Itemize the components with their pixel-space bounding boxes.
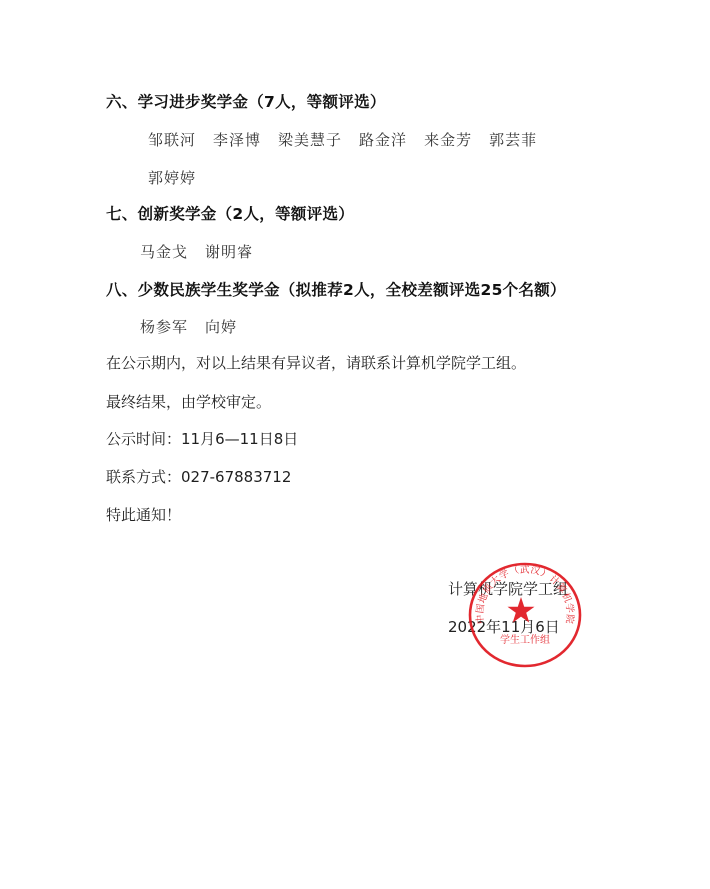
student-name: 郭芸菲 xyxy=(489,133,537,148)
student-name: 来金芳 xyxy=(424,133,472,148)
official-seal-stamp: 中国地质大学（武汉）计算机学院 学生工作组 xyxy=(468,560,582,670)
publicity-period: 公示时间：11月6—11日8日 xyxy=(106,432,298,447)
section-6-heading: 六、学习进步奖学金（7人，等额评选） xyxy=(106,95,386,111)
student-name: 向婷 xyxy=(205,320,237,335)
student-name: 马金戈 xyxy=(140,245,188,260)
student-name: 杨参军 xyxy=(140,320,188,335)
student-name: 梁美慧子 xyxy=(278,133,342,148)
signature-org: 计算机学院学工组 xyxy=(448,582,568,597)
section-7-heading: 七、创新奖学金（2人，等额评选） xyxy=(106,207,354,223)
signature-date: 2022年11月6日 xyxy=(448,620,560,635)
student-name: 邹联河 xyxy=(148,133,196,148)
section-8-names-row-1: 杨参军向婷 xyxy=(140,320,254,335)
final-decision-notice: 最终结果，由学校审定。 xyxy=(106,395,271,410)
section-6-names-row-2: 郭婷婷 xyxy=(148,171,213,186)
student-name: 郭婷婷 xyxy=(148,171,196,186)
student-name: 谢明睿 xyxy=(205,245,253,260)
contact-info: 联系方式：027-67883712 xyxy=(106,470,291,485)
objection-notice: 在公示期内，对以上结果有异议者，请联系计算机学院学工组。 xyxy=(106,356,526,371)
student-name: 路金洋 xyxy=(359,133,407,148)
section-7-names-row-1: 马金戈谢明睿 xyxy=(140,245,270,260)
student-name: 李泽博 xyxy=(213,133,261,148)
closing-remark: 特此通知！ xyxy=(106,508,181,523)
section-6-names-row-1: 邹联河李泽博梁美慧子路金洋来金芳郭芸菲 xyxy=(148,133,554,148)
section-8-heading: 八、少数民族学生奖学金（拟推荐2人，全校差额评选25个名额） xyxy=(106,283,566,299)
